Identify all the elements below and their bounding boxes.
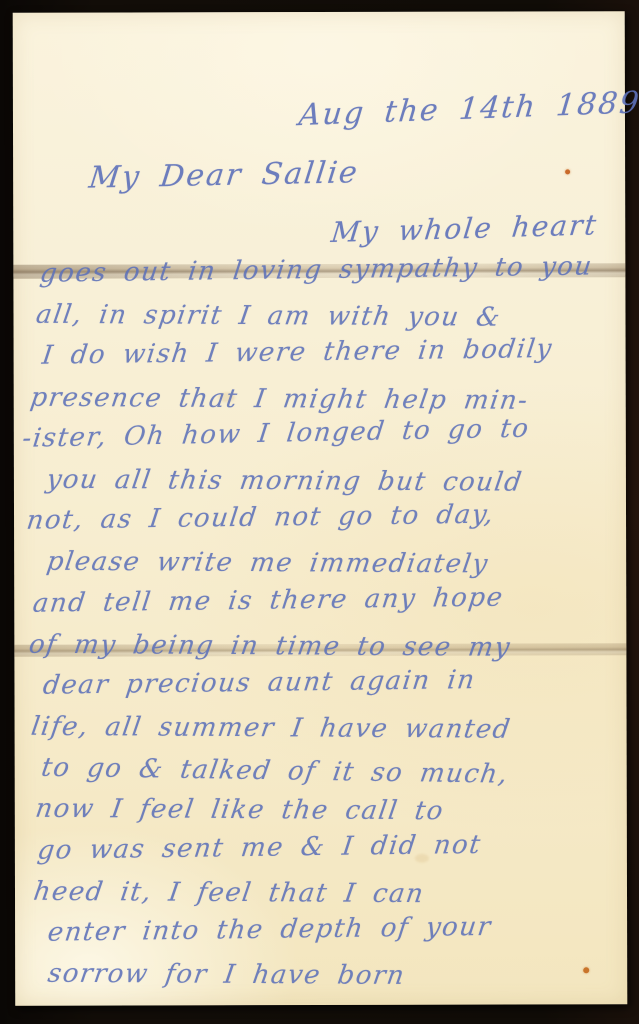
rust-spot [565,169,570,174]
letter-line: life, all summer I have wanted [28,712,623,757]
letter-line: not, as I could not go to day, [23,498,623,547]
letter-line: goes out in loving sympathy to you [37,251,623,300]
letter-line: sorrow for I have born [44,959,623,1004]
salutation: My Dear Sallie [87,155,361,196]
letter-line: dear precious aunt again in [40,663,624,712]
letter-page: Aug the 14th 1889 My Dear Sallie My whol… [13,11,628,1006]
letter-line: I do wish I were there in bodily [39,334,623,383]
letter-line: and tell me is there any hope [30,581,624,630]
letter-line: enter into the depth of your [44,910,624,959]
photo-background: Aug the 14th 1889 My Dear Sallie My whol… [0,0,639,1024]
letter-body: goes out in loving sympathy to you all, … [19,257,621,1000]
opening-phrase: My whole heart [329,208,599,249]
letter-line: go was sent me & I did not [34,828,624,877]
date-line: Aug the 14th 1889 [297,85,639,133]
